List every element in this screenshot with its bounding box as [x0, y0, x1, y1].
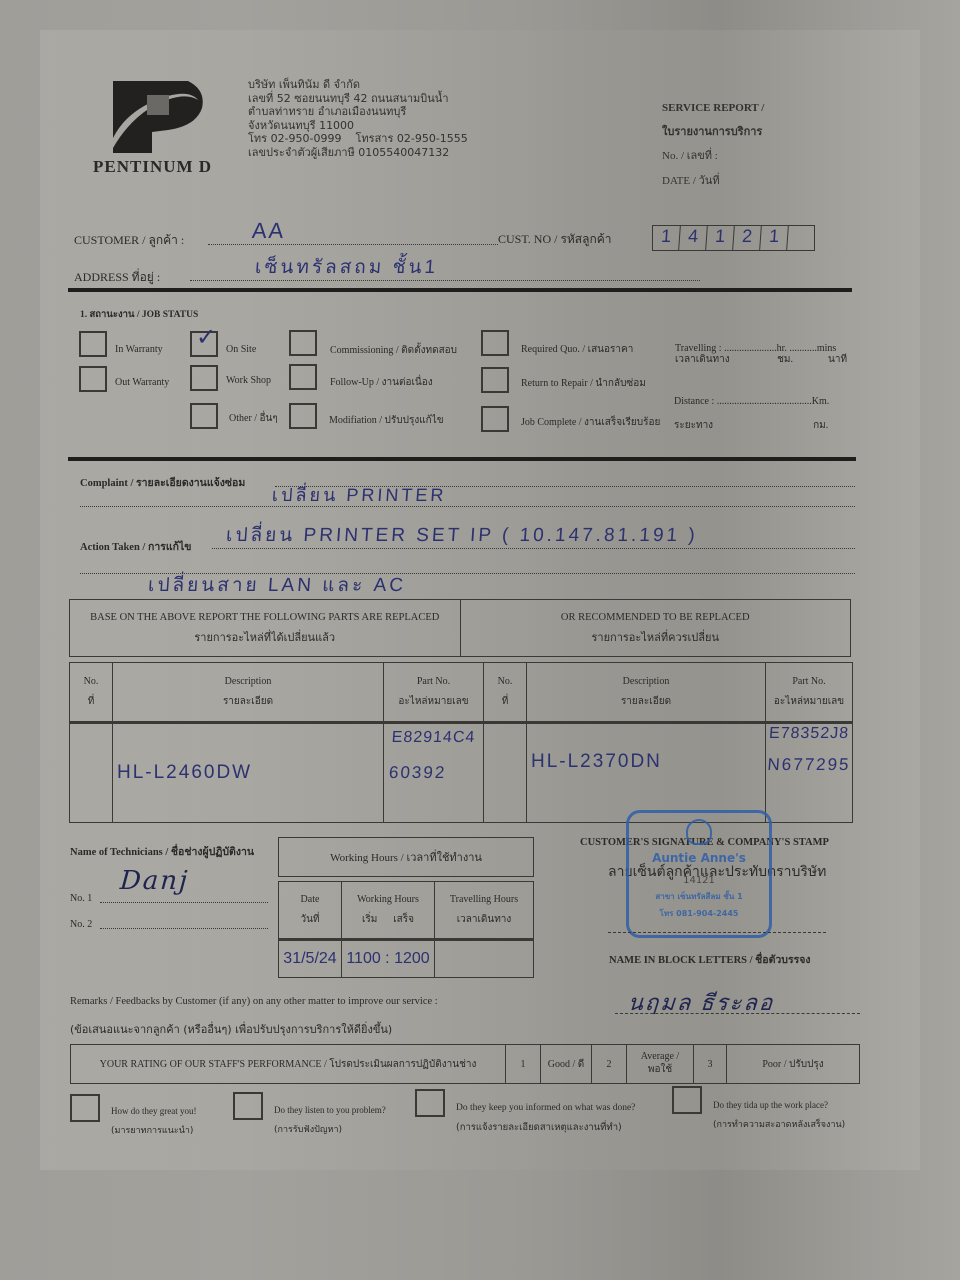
date-value[interactable]: 31/5/24 [279, 940, 342, 978]
company-name: บริษัท เพ็นทินัม ดี จำกัด [248, 78, 468, 92]
cust-no-label: CUST. NO / รหัสลูกค้า [498, 230, 612, 249]
block-letters-label: NAME IN BLOCK LETTERS / ชื่อตัวบรรจง [609, 951, 811, 968]
section-divider [68, 457, 856, 461]
company-fax: โทรสาร 02-950-1555 [356, 132, 468, 145]
parts-header-table: BASE ON THE ABOVE REPORT THE FOLLOWING P… [69, 599, 851, 657]
recommended-no[interactable] [484, 723, 527, 823]
label-follow-up: Follow-Up / งานต่อเนื่อง [330, 375, 433, 390]
cust-no-digit[interactable]: 2 [733, 226, 762, 250]
company-address-1: เลขที่ 52 ซอยนนทบุรี 42 ถนนสนามบินน้ำ [248, 92, 468, 106]
rating-option-poor[interactable]: Poor / ปรับปรุง [727, 1045, 860, 1084]
customer-signature[interactable]: นฤมล ธีระลอ [627, 985, 776, 1020]
company-address-3: จังหวัดนนทบุรี 11000 [248, 119, 468, 133]
checkbox-job-complete[interactable] [481, 406, 509, 432]
company-stamp: Auntie Anne's 14121 สาขา เซ็นทรัลสีลม ชั… [626, 810, 772, 938]
checkbox-out-warranty[interactable] [79, 366, 107, 392]
col-travelling-hours: Travelling Hoursเวลาเดินทาง [435, 882, 534, 940]
signature-line [608, 932, 826, 933]
checkbox-on-site[interactable]: ✓ [190, 331, 218, 357]
customer-label: CUSTOMER / ลูกค้า : [74, 231, 184, 250]
customer-field-line [208, 244, 498, 245]
address-value[interactable]: เซ็นทรัลสถม ชั้น1 [254, 252, 439, 282]
company-address-2: ตำบลท่าทราย อำเภอเมืองนนทบุรี [248, 105, 468, 119]
cust-no-digit[interactable] [787, 226, 815, 250]
checkbox-listen[interactable] [233, 1092, 263, 1120]
question-greet: How do they great you! (มารยาทการแนะนำ) [111, 1101, 196, 1141]
replaced-part-no[interactable]: E82914C4 60392 [384, 723, 484, 823]
stamp-logo-icon [686, 819, 712, 845]
label-required-quo: Required Quo. / เสนอราคา [521, 342, 633, 357]
cust-no-digit[interactable]: 1 [760, 226, 789, 250]
company-info: บริษัท เพ็นทินัม ดี จำกัด เลขที่ 52 ซอยน… [248, 78, 468, 159]
col-description: Descriptionรายละเอียด [113, 663, 384, 723]
report-title-en: SERVICE REPORT / [662, 96, 764, 121]
address-label: ADDRESS ที่อยู่ : [74, 268, 160, 287]
cust-no-digit[interactable]: 1 [706, 226, 735, 250]
col-no: No.ที่ [484, 663, 527, 723]
technician-no2-line [100, 928, 268, 929]
checkbox-greet[interactable] [70, 1094, 100, 1122]
rating-table: YOUR RATING OF OUR STAFF'S PERFORMANCE /… [70, 1044, 860, 1084]
company-phone: โทร 02-950-0999 [248, 132, 342, 145]
report-date-label: DATE / วันที่ [662, 169, 764, 194]
section-divider [68, 288, 852, 292]
travel-value[interactable] [435, 940, 534, 978]
cust-no-digit[interactable]: 4 [679, 226, 708, 250]
report-no-label: No. / เลขที่ : [662, 144, 764, 169]
label-on-site: On Site [226, 344, 256, 355]
technicians-label: Name of Technicians / ชื่อช่างผู้ปฏิบัติ… [70, 843, 254, 860]
label-modification: Modifiation / ปรับปรุงแก้ไข [329, 413, 444, 428]
label-work-shop: Work Shop [226, 375, 271, 386]
block-letters-line [615, 1013, 860, 1014]
question-listen: Do they listen to you problem? (การรับฟั… [274, 1100, 386, 1140]
working-hours-title: Working Hours / เวลาที่ใช้ทำงาน [279, 838, 534, 877]
replaced-description[interactable]: HL-L2460DW [113, 723, 384, 823]
question-informed: Do they keep you informed on what was do… [456, 1098, 635, 1138]
col-working-hours: Working Hoursเริ่ม เสร็จ [342, 882, 435, 940]
col-part-no: Part No.อะไหล่หมายเลข [384, 663, 484, 723]
checkbox-informed[interactable] [415, 1089, 445, 1117]
technician-no1-line [100, 902, 268, 903]
checkbox-required-quo[interactable] [481, 330, 509, 356]
company-logo [110, 78, 205, 156]
label-out-warranty: Out Warranty [115, 377, 169, 388]
col-date: Dateวันที่ [279, 882, 342, 940]
customer-value[interactable]: AA [251, 218, 286, 244]
table-row: HL-L2460DW E82914C4 60392 HL-L2370DN E78… [70, 723, 853, 823]
rating-option-average[interactable]: Average / พอใช้ [627, 1045, 694, 1084]
action-label: Action Taken / การแก้ไข [80, 538, 191, 555]
recommended-header-en: OR RECOMMENDED TO BE REPLACED [462, 608, 850, 628]
company-contact: โทร 02-950-0999 โทรสาร 02-950-1555 [248, 132, 468, 146]
replaced-header: BASE ON THE ABOVE REPORT THE FOLLOWING P… [70, 600, 461, 657]
parts-table: No.ที่ Descriptionรายละเอียด Part No.อะไ… [69, 662, 853, 823]
technician-no1-signature[interactable]: Danj [119, 866, 190, 896]
report-title-th: ใบรายงานการบริการ [662, 119, 764, 144]
stamp-brand: Auntie Anne's [629, 851, 769, 865]
col-part-no: Part No.อะไหล่หมายเลข [766, 663, 853, 723]
recommended-header: OR RECOMMENDED TO BE REPLACED รายการอะไห… [460, 600, 851, 657]
rating-num-3: 3 [694, 1045, 727, 1084]
cust-no-digit[interactable]: 1 [652, 226, 681, 250]
stamp-phone: โทร 081-904-2445 [629, 907, 769, 920]
label-other: Other / อื่นๆ [229, 411, 278, 426]
report-header: SERVICE REPORT / ใบรายงานการบริการ No. /… [662, 96, 764, 194]
rating-num-1: 1 [506, 1045, 541, 1084]
recommended-header-th: รายการอะไหล่ที่ควรเปลี่ยน [462, 628, 850, 648]
technician-no2-label: No. 2 [70, 919, 92, 930]
col-description: Descriptionรายละเอียด [527, 663, 766, 723]
travelling-label-th: เวลาเดินทาง ชม. นาที [675, 352, 847, 367]
remarks-label-en: Remarks / Feedbacks by Customer (if any)… [70, 996, 438, 1007]
stamp-code: 14121 [629, 875, 769, 886]
check-mark-icon: ✓ [196, 323, 216, 352]
replaced-header-en: BASE ON THE ABOVE REPORT THE FOLLOWING P… [71, 608, 459, 628]
recommended-part-no[interactable]: E78352J8 N677295 [766, 723, 853, 823]
table-row: 31/5/24 1100 : 1200 [279, 940, 534, 978]
action-value-line-2[interactable]: เปลี่ยนสาย LAN และ AC [147, 570, 407, 600]
label-commissioning: Commissioning / ติดตั้งทดสอบ [330, 343, 457, 358]
distance-label-th: ระยะทาง กม. [674, 418, 828, 433]
checkbox-work-shop[interactable] [190, 365, 218, 391]
recommended-description[interactable]: HL-L2370DN [527, 723, 766, 823]
action-value-line-1[interactable]: เปลี่ยน PRINTER SET IP ( 10.147.81.191 ) [225, 520, 699, 550]
rating-option-good[interactable]: Good / ดี [541, 1045, 592, 1084]
label-return-to-repair: Return to Repair / นำกลับซ่อม [521, 376, 646, 391]
question-tidy: Do they tida up the work place? (การทำคว… [713, 1095, 845, 1135]
job-status-heading: 1. สถานะงาน / JOB STATUS [80, 307, 198, 322]
rating-label: YOUR RATING OF OUR STAFF'S PERFORMANCE /… [71, 1045, 506, 1084]
checkbox-follow-up[interactable] [289, 364, 317, 390]
stamp-branch: สาขา เซ็นทรัลสีลม ชั้น 1 [629, 890, 769, 903]
replaced-header-th: รายการอะไหล่ที่ได้เปลี่ยนแล้ว [71, 628, 459, 648]
checkbox-in-warranty[interactable] [79, 331, 107, 357]
working-hours-table: Dateวันที่ Working Hoursเริ่ม เสร็จ Trav… [278, 881, 534, 978]
technician-no1-label: No. 1 [70, 893, 92, 904]
col-no: No.ที่ [70, 663, 113, 723]
cust-no-boxes: 1 4 1 2 1 [652, 225, 815, 251]
checkbox-other[interactable] [190, 403, 218, 429]
logo-text: PENTINUM D [93, 157, 212, 177]
remarks-label-th: (ข้อเสนอแนะจากลูกค้า (หรืออื่นๆ) เพื่อปร… [70, 1020, 392, 1038]
checkbox-tidy[interactable] [672, 1086, 702, 1114]
complaint-value[interactable]: เปลี่ยน PRINTER [271, 480, 447, 509]
rating-num-2: 2 [592, 1045, 627, 1084]
complaint-line-2 [80, 506, 855, 507]
checkbox-commissioning[interactable] [289, 330, 317, 356]
pentinum-logo-icon [110, 78, 205, 156]
complaint-label: Complaint / รายละเอียดงานแจ้งซ่อม [80, 474, 245, 491]
checkbox-modification[interactable] [289, 403, 317, 429]
replaced-no[interactable] [70, 723, 113, 823]
company-tax-id: เลขประจำตัวผู้เสียภาษี 0105540047132 [248, 146, 468, 160]
label-in-warranty: In Warranty [115, 344, 163, 355]
label-job-complete: Job Complete / งานเสร็จเรียบร้อย [521, 415, 660, 430]
distance-label: Distance : .............................… [674, 396, 829, 407]
working-hours-title-box: Working Hours / เวลาที่ใช้ทำงาน [278, 837, 534, 877]
checkbox-return-to-repair[interactable] [481, 367, 509, 393]
hours-value[interactable]: 1100 : 1200 [342, 940, 435, 978]
